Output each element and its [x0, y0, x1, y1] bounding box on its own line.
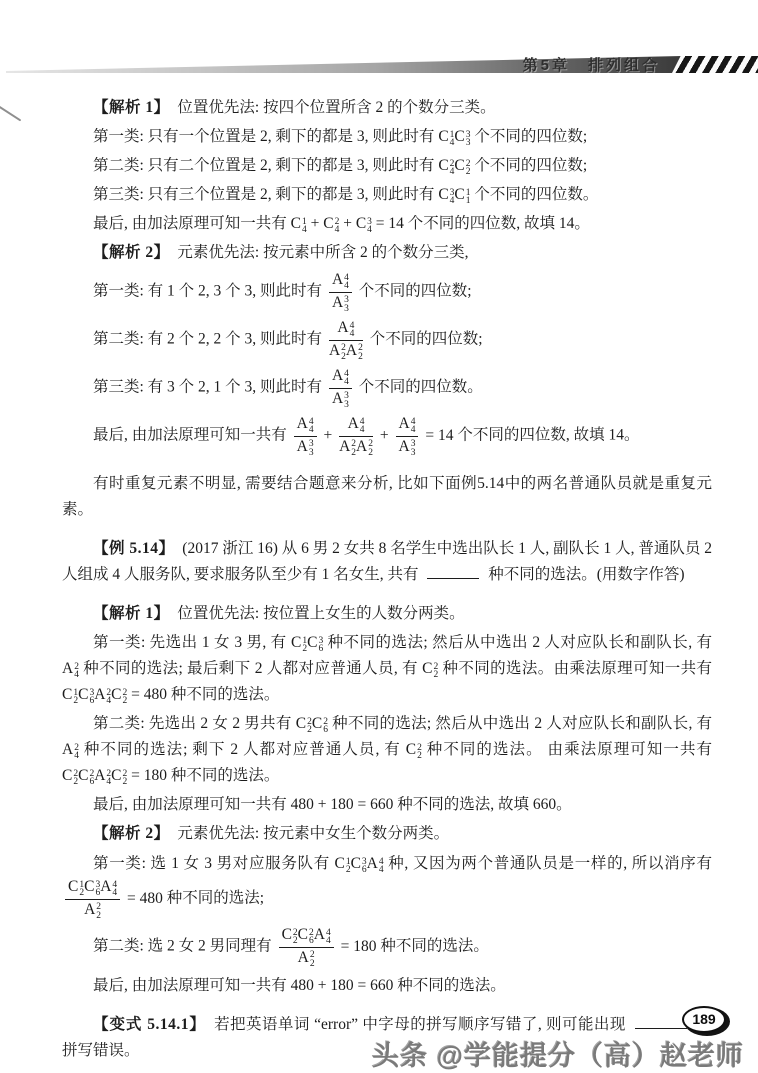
- math-symbol: A44: [332, 271, 349, 291]
- math-base: A: [94, 767, 105, 784]
- math-fraction: A44A22A22: [339, 415, 373, 457]
- math-expression: C22: [422, 660, 438, 677]
- analysis-2-heading: 【解析 2】 元素优先法: 按元素中所含 2 的个数分三类,: [62, 240, 712, 266]
- math-base: A: [100, 878, 111, 895]
- page-number-badge: 189: [682, 1006, 726, 1033]
- math-base: C: [78, 686, 88, 703]
- math-expression: A24: [62, 741, 79, 758]
- math-scripts: 33: [344, 392, 349, 409]
- text-run: 个不同的四位数, 故填 14。: [453, 427, 639, 444]
- math-symbol: A22: [339, 438, 356, 458]
- math-subscript: 4: [344, 378, 349, 387]
- math-expression: C12C36A44A22 = 480: [62, 890, 163, 907]
- math-symbol: C11: [454, 182, 470, 208]
- text-run: 种不同的选法; 剩下 2 人都对应普通人员, 有: [79, 741, 406, 758]
- math-symbol: C12: [62, 682, 78, 708]
- math-base: C: [334, 855, 344, 872]
- math-symbol: A44: [100, 878, 117, 898]
- math-symbol: C26: [78, 763, 94, 789]
- math-subscript: 2: [96, 912, 101, 921]
- math-base: A: [62, 741, 73, 758]
- text-run: 第一类: 选 1 女 3 男对应服务队有: [93, 855, 334, 872]
- math-base: C: [454, 128, 464, 145]
- math-symbol: C34: [438, 182, 454, 208]
- math-scripts: 33: [344, 296, 349, 313]
- math-base: A: [94, 686, 105, 703]
- math-text: = 180: [337, 938, 377, 955]
- case-2-line: 第二类: 只有二个位置是 2, 剩下的都是 3, 则此时有 C24C22 个不同…: [62, 153, 712, 179]
- math-base: A: [348, 415, 359, 432]
- text-run: 最后, 由加法原理可知一共有 480 + 180 = 660 种不同的选法。: [93, 977, 506, 994]
- math-subscript: 4: [326, 937, 331, 946]
- text-run: 个不同的四位数;: [366, 331, 483, 348]
- fraction-numerator: A44: [329, 367, 352, 389]
- math-scripts: 22: [310, 951, 315, 968]
- conclusion-line: 最后, 由加法原理可知一共有 480 + 180 = 660 种不同的选法, 故…: [62, 792, 712, 818]
- text-run: 有时重复元素不明显, 需要结合题意来分析, 比如下面例5.14中的两名普通队员就…: [62, 475, 712, 518]
- math-base: A: [337, 319, 348, 336]
- case-1-paragraph: 第一类: 先选出 1 女 3 男, 有 C12C36 种不同的选法; 然后从中选…: [62, 630, 712, 708]
- math-expression: C24C22: [438, 157, 470, 174]
- text-run: 种不同的选法; 最后剩下 2 人都对应普通人员, 有: [79, 660, 422, 677]
- fraction-numerator: A44: [396, 415, 419, 437]
- math-scripts: 44: [360, 418, 365, 435]
- math-base: C: [62, 767, 72, 784]
- math-symbol: A24: [94, 763, 111, 789]
- fraction-denominator: A22A22: [339, 437, 373, 458]
- fraction-denominator: A22A22: [329, 341, 363, 362]
- case-1-line: 第一类: 有 1 个 2, 3 个 3, 则此时有 A44A33 个不同的四位数…: [62, 270, 712, 314]
- math-base: C: [438, 186, 448, 203]
- section-label: 【解析 1】: [93, 605, 162, 622]
- math-subscript: 3: [344, 401, 349, 410]
- math-symbol: A44: [348, 415, 365, 435]
- math-scripts: 44: [344, 274, 349, 291]
- math-symbol: C22: [296, 711, 312, 737]
- math-symbol: C36: [78, 682, 94, 708]
- math-symbol: C36: [351, 851, 367, 877]
- text-run: 个不同的四位数;: [471, 128, 588, 145]
- math-expression: C34C11: [438, 186, 470, 203]
- text-run: 个不同的四位数, 故填 14。: [404, 215, 590, 232]
- text-run: 最后, 由加法原理可知一共有: [93, 215, 291, 232]
- math-symbol: C22: [282, 926, 298, 946]
- hatch-stripes-icon: [672, 56, 758, 73]
- text-run: 种不同的选法; 然后从中选出 2 人对应队长和副队长, 有: [328, 715, 712, 732]
- math-expression: C14C33: [438, 128, 470, 145]
- math-scripts: 22: [368, 440, 373, 457]
- math-expression: A44A33: [326, 283, 355, 300]
- math-symbol: C22: [422, 656, 438, 682]
- math-base: C: [298, 926, 308, 943]
- math-subscript: 4: [344, 282, 349, 291]
- math-base: C: [291, 215, 301, 232]
- conclusion-line: 最后, 由加法原理可知一共有 C14 + C24 + C34 = 14 个不同的…: [62, 211, 712, 237]
- math-symbol: A22: [84, 901, 101, 921]
- text-run: 若把英语单词 “error” 中字母的拼写顺序写错了, 则可能出现: [198, 1016, 630, 1033]
- math-text: = 180: [127, 767, 167, 784]
- fraction-denominator: A22: [65, 900, 120, 921]
- fraction-numerator: A44: [339, 415, 373, 437]
- text-run: 元素优先法: 按元素中所含 2 的个数分三类,: [162, 244, 469, 261]
- math-scripts: 33: [411, 440, 416, 457]
- math-text: +: [307, 215, 324, 232]
- math-expression: C22: [406, 741, 422, 758]
- math-text: +: [320, 427, 337, 444]
- fraction-denominator: A33: [294, 437, 317, 458]
- case-3-line: 第三类: 只有三个位置是 2, 剩下的都是 3, 则此时有 C34C11 个不同…: [62, 182, 712, 208]
- text-run: 种不同的选法。 由乘法原理可知一共有: [422, 741, 712, 758]
- analysis-1-heading: 【解析 1】 位置优先法: 按四个位置所含 2 的个数分三类。: [62, 95, 712, 121]
- answer-blank: [635, 1014, 687, 1029]
- math-subscript: 4: [350, 330, 355, 339]
- math-text: = 14: [421, 427, 453, 444]
- analysis-2-heading: 【解析 2】 元素优先法: 按元素中女生个数分两类。: [62, 821, 712, 847]
- section-label: 【解析 2】: [93, 825, 162, 842]
- math-base: A: [339, 438, 350, 455]
- fraction-denominator: A22: [279, 948, 334, 969]
- math-base: A: [367, 855, 378, 872]
- watermark-text: 头条 @学能提分（高）赵老师: [372, 1034, 744, 1073]
- math-symbol: C22: [406, 737, 422, 763]
- math-symbol: C26: [298, 926, 314, 946]
- math-symbol: A44: [332, 367, 349, 387]
- text-run: 第二类: 选 2 女 2 男同理有: [93, 938, 276, 955]
- math-base: A: [346, 342, 357, 359]
- math-text: = 480: [123, 890, 163, 907]
- text-run: 个不同的四位数;: [355, 283, 472, 300]
- math-symbol: A22: [346, 342, 363, 362]
- math-subscript: 4: [411, 426, 416, 435]
- math-text: +: [339, 215, 356, 232]
- math-base: A: [332, 294, 343, 311]
- math-subscript: 2: [368, 449, 373, 458]
- math-scripts: 33: [309, 440, 314, 457]
- math-symbol: C14: [438, 124, 454, 150]
- stray-scratch-mark: [0, 105, 21, 122]
- math-scripts: 44: [326, 929, 331, 946]
- math-expression: C22C26: [296, 715, 328, 732]
- text-run: 第一类: 只有一个位置是 2, 剩下的都是 3, 则此时有: [93, 128, 438, 145]
- chapter-label: 第5章 排列组合: [0, 54, 660, 75]
- math-base: C: [356, 215, 366, 232]
- text-run: 第一类: 有 1 个 2, 3 个 3, 则此时有: [93, 283, 326, 300]
- math-base: C: [291, 634, 301, 651]
- math-base: A: [332, 367, 343, 384]
- textbook-page: 第5章 排列组合 【解析 1】 位置优先法: 按四个位置所含 2 的个数分三类。…: [0, 0, 758, 1073]
- math-subscript: 4: [360, 426, 365, 435]
- text-run: 种不同的选法。(用数字作答): [484, 566, 684, 583]
- math-symbol: C12: [334, 851, 350, 877]
- math-symbol: C34: [356, 211, 372, 237]
- math-symbol: A22: [298, 949, 315, 969]
- math-expression: A44A22A22: [326, 331, 366, 348]
- section-label: 【变式 5.14.1】: [93, 1016, 198, 1033]
- fraction-numerator: A44: [329, 271, 352, 293]
- text-run: 第二类: 只有二个位置是 2, 剩下的都是 3, 则此时有: [93, 157, 438, 174]
- page-content: 【解析 1】 位置优先法: 按四个位置所含 2 的个数分三类。第一类: 只有一个…: [62, 95, 712, 1067]
- math-base: A: [332, 390, 343, 407]
- math-symbol: A44: [399, 415, 416, 435]
- math-subscript: 2: [358, 353, 363, 362]
- math-base: A: [84, 901, 95, 918]
- math-text: = 480: [127, 686, 167, 703]
- text-run: 第二类: 先选出 2 女 2 男共有: [93, 715, 296, 732]
- math-base: A: [329, 342, 340, 359]
- math-subscript: 4: [112, 889, 117, 898]
- math-scripts: 44: [112, 881, 117, 898]
- case-1-paragraph: 第一类: 选 1 女 3 男对应服务队有 C12C36A44 种, 又因为两个普…: [62, 851, 712, 921]
- math-symbol: A24: [62, 656, 79, 682]
- text-run: 种不同的选法。由乘法原理可知一共有: [438, 660, 712, 677]
- section-label: 【解析 2】: [93, 244, 162, 261]
- math-symbol: C22: [62, 763, 78, 789]
- math-text: +: [376, 427, 393, 444]
- math-symbol: C24: [438, 153, 454, 179]
- math-subscript: 3: [344, 305, 349, 314]
- text-run: 最后, 由加法原理可知一共有: [93, 427, 291, 444]
- math-symbol: A44: [314, 926, 331, 946]
- math-expression: A24: [62, 660, 79, 677]
- case-2-line: 第二类: 有 2 个 2, 2 个 3, 则此时有 A44A22A22 个不同的…: [62, 318, 712, 362]
- math-fraction: C12C36A44A22: [65, 878, 120, 920]
- case-2-paragraph: 第二类: 选 2 女 2 男同理有 C22C26A44A22 = 180 种不同…: [62, 925, 712, 969]
- math-base: C: [323, 215, 333, 232]
- math-base: C: [438, 128, 448, 145]
- math-symbol: C22: [111, 682, 127, 708]
- math-subscript: 3: [411, 449, 416, 458]
- fraction-numerator: C22C26A44: [279, 926, 334, 948]
- fraction-denominator: A33: [396, 437, 419, 458]
- math-base: C: [78, 767, 88, 784]
- math-base: C: [84, 878, 94, 895]
- text-run: 个不同的四位数。: [471, 186, 599, 203]
- math-symbol: A44: [297, 415, 314, 435]
- math-subscript: 4: [309, 426, 314, 435]
- math-base: C: [296, 715, 306, 732]
- text-run: 种不同的选法。: [167, 686, 279, 703]
- math-base: C: [282, 926, 292, 943]
- math-base: A: [399, 438, 410, 455]
- math-base: A: [314, 926, 325, 943]
- text-run: 最后, 由加法原理可知一共有 480 + 180 = 660 种不同的选法, 故…: [93, 796, 572, 813]
- text-run: 第三类: 只有三个位置是 2, 剩下的都是 3, 则此时有: [93, 186, 438, 203]
- math-base: A: [332, 271, 343, 288]
- case-2-paragraph: 第二类: 先选出 2 女 2 男共有 C22C26 种不同的选法; 然后从中选出…: [62, 711, 712, 789]
- math-symbol: A33: [332, 294, 349, 314]
- math-expression: A44A33 + A44A22A22 + A44A33 = 14: [291, 427, 454, 444]
- case-1-line: 第一类: 只有一个位置是 2, 剩下的都是 3, 则此时有 C14C33 个不同…: [62, 124, 712, 150]
- math-symbol: A33: [297, 438, 314, 458]
- page-number: 189: [692, 1011, 715, 1027]
- math-base: A: [62, 660, 73, 677]
- math-base: C: [307, 634, 317, 651]
- math-expression: C12C36: [291, 634, 323, 651]
- math-scripts: 44: [411, 418, 416, 435]
- note-line: 有时重复元素不明显, 需要结合题意来分析, 比如下面例5.14中的两名普通队员就…: [62, 471, 712, 523]
- math-base: A: [399, 415, 410, 432]
- case-3-line: 第三类: 有 3 个 2, 1 个 3, 则此时有 A44A33 个不同的四位数…: [62, 366, 712, 410]
- math-symbol: A24: [94, 682, 111, 708]
- text-run: 种不同的选法;: [163, 890, 264, 907]
- math-base: A: [298, 949, 309, 966]
- math-subscript: 3: [309, 449, 314, 458]
- math-base: C: [111, 767, 121, 784]
- math-symbol: C22: [111, 763, 127, 789]
- text-run: 种不同的选法; 然后从中选出 2 人对应队长和副队长, 有: [323, 634, 712, 651]
- math-base: A: [297, 415, 308, 432]
- conclusion-line: 最后, 由加法原理可知一共有 A44A33 + A44A22A22 + A44A…: [62, 414, 712, 458]
- math-symbol: C33: [454, 124, 470, 150]
- fraction-denominator: A33: [329, 293, 352, 314]
- math-symbol: A24: [62, 737, 79, 763]
- math-base: C: [68, 878, 78, 895]
- math-symbol: C24: [323, 211, 339, 237]
- math-subscript: 2: [310, 960, 315, 969]
- text-run: 第一类: 先选出 1 女 3 男, 有: [93, 634, 291, 651]
- text-run: 第二类: 有 2 个 2, 2 个 3, 则此时有: [93, 331, 326, 348]
- math-expression: C12C36A24C22 = 480: [62, 686, 167, 703]
- section-label: 【例 5.14】: [93, 540, 167, 557]
- text-run: 位置优先法: 按四个位置所含 2 的个数分三类。: [162, 99, 496, 116]
- math-fraction: A44A33: [294, 415, 317, 457]
- text-run: 种不同的选法。: [376, 938, 488, 955]
- math-scripts: 44: [344, 370, 349, 387]
- math-symbol: C36: [307, 630, 323, 656]
- text-run: 位置优先法: 按位置上女生的人数分两类。: [162, 605, 465, 622]
- math-fraction: A44A33: [396, 415, 419, 457]
- math-fraction: C22C26A44A22: [279, 926, 334, 968]
- math-base: C: [111, 686, 121, 703]
- fraction-numerator: C12C36A44: [65, 878, 120, 900]
- math-scripts: 22: [96, 903, 101, 920]
- math-symbol: A33: [399, 438, 416, 458]
- conclusion-line: 最后, 由加法原理可知一共有 480 + 180 = 660 种不同的选法。: [62, 973, 712, 999]
- text-run: 元素优先法: 按元素中女生个数分两类。: [162, 825, 449, 842]
- math-expression: C14 + C24 + C34 = 14: [291, 215, 404, 232]
- math-expression: C22C26A24C22 = 180: [62, 767, 167, 784]
- fraction-denominator: A33: [329, 389, 352, 410]
- math-symbol: C12: [291, 630, 307, 656]
- math-expression: C22C26A44A22 = 180: [276, 938, 377, 955]
- text-run: 种, 又因为两个普通队员是一样的, 所以消序有: [384, 855, 712, 872]
- text-run: 第三类: 有 3 个 2, 1 个 3, 则此时有: [93, 379, 326, 396]
- math-base: C: [454, 157, 464, 174]
- analysis-1-heading: 【解析 1】 位置优先法: 按位置上女生的人数分两类。: [62, 601, 712, 627]
- fraction-numerator: A44: [329, 319, 363, 341]
- fraction-numerator: A44: [294, 415, 317, 437]
- math-text: = 14: [372, 215, 404, 232]
- math-fraction: A44A33: [329, 367, 352, 409]
- math-symbol: A44: [367, 851, 384, 877]
- math-symbol: A44: [337, 319, 354, 339]
- math-scripts: 44: [309, 418, 314, 435]
- math-base: A: [297, 438, 308, 455]
- math-scripts: 44: [350, 322, 355, 339]
- math-base: C: [454, 186, 464, 203]
- text-run: 个不同的四位数;: [471, 157, 588, 174]
- math-fraction: A44A33: [329, 271, 352, 313]
- math-fraction: A44A22A22: [329, 319, 363, 361]
- example-5-14: 【例 5.14】 (2017 浙江 16) 从 6 男 2 女共 8 名学生中选…: [62, 536, 712, 588]
- math-symbol: C12: [68, 878, 84, 898]
- math-symbol: C26: [312, 711, 328, 737]
- math-base: C: [62, 686, 72, 703]
- text-run: 种不同的选法。: [167, 767, 279, 784]
- math-symbol: A22: [329, 342, 346, 362]
- math-scripts: 22: [358, 344, 363, 361]
- math-symbol: C14: [291, 211, 307, 237]
- math-expression: A44A33: [326, 379, 355, 396]
- math-base: A: [356, 438, 367, 455]
- section-label: 【解析 1】: [93, 99, 162, 116]
- math-expression: C12C36A44: [334, 855, 383, 872]
- math-symbol: C22: [454, 153, 470, 179]
- math-symbol: A33: [332, 390, 349, 410]
- math-symbol: C36: [84, 878, 100, 898]
- math-base: C: [438, 157, 448, 174]
- answer-blank: [427, 564, 479, 579]
- text-run: 个不同的四位数。: [355, 379, 483, 396]
- math-base: C: [422, 660, 432, 677]
- math-base: C: [351, 855, 361, 872]
- math-base: C: [406, 741, 416, 758]
- math-base: C: [312, 715, 322, 732]
- math-symbol: A22: [356, 438, 373, 458]
